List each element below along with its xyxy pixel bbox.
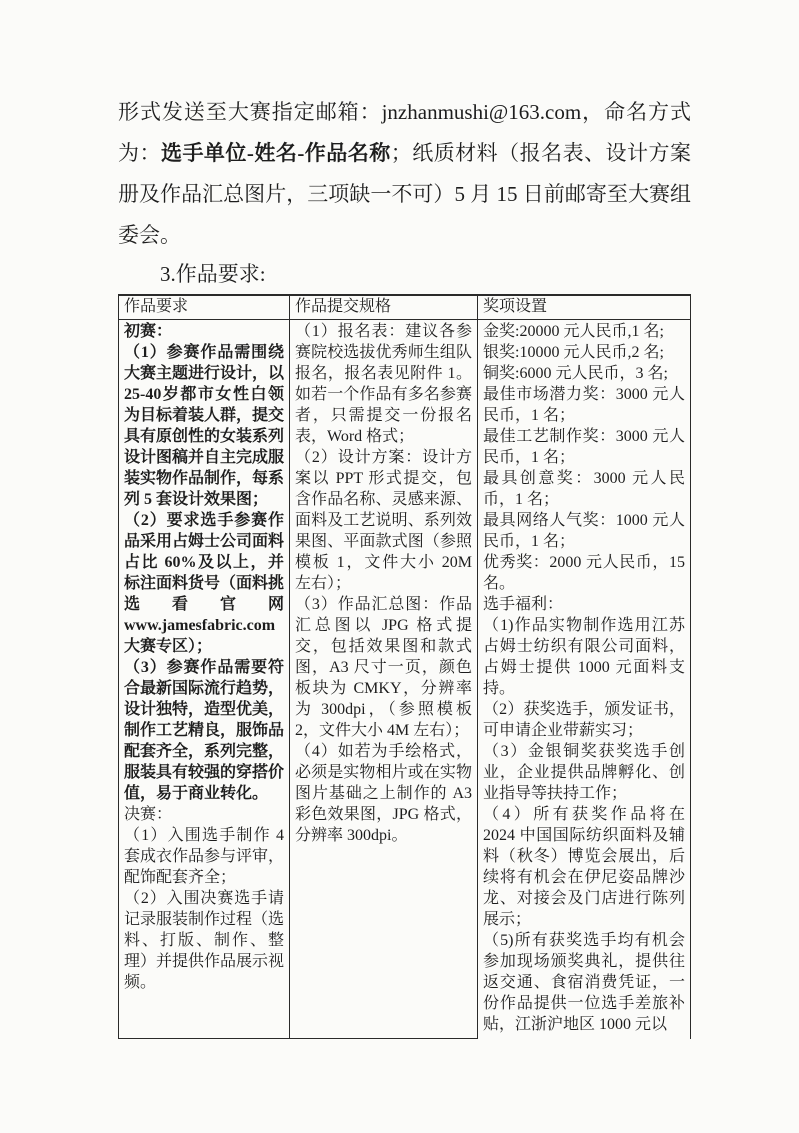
- preliminary-round-block: 初赛： （1）参赛作品需围绕大赛主题进行设计，以25-40岁都市女性白领为目标着…: [124, 321, 284, 804]
- benefit-item: （3）金银铜奖获奖选手创业，企业提供品牌孵化、创业指导等扶持工作；: [483, 741, 685, 804]
- final-heading: 决赛：: [124, 804, 284, 825]
- document-page: 形式发送至大赛指定邮箱：jnzhanmushi@163.com，命名方式为：选手…: [118, 0, 691, 1039]
- cell-awards: 金奖:20000 元人民币,1 名; 银奖:10000 元人民币,2 名; 铜奖…: [478, 320, 690, 1039]
- benefit-item: （4）所有获奖作品将在 2024 中国国际纺织面料及辅料（秋冬）博览会展出，后续…: [483, 804, 685, 930]
- prize-item: 银奖:10000 元人民币,2 名;: [483, 342, 685, 363]
- requirement-item: （3）参赛作品需要符合最新国际流行趋势，设计独特，造型优美，制作工艺精良，服饰品…: [124, 657, 284, 804]
- column-submission-specs: 作品提交规格 （1）报名表：建议各参赛院校选拔优秀师生组队报名，报名表见附件 1…: [289, 296, 477, 1039]
- column-header-awards: 奖项设置: [478, 296, 690, 320]
- prize-item: 最佳工艺制作奖：3000 元人民币，1 名；: [483, 426, 685, 468]
- spec-item: （3）作品汇总图：作品汇总图以 JPG 格式提交，包括效果图和款式图，A3 尺寸…: [295, 594, 472, 741]
- requirements-table: 作品要求 初赛： （1）参赛作品需围绕大赛主题进行设计，以25-40岁都市女性白…: [118, 294, 691, 1039]
- requirement-item: （2）要求选手参赛作品采用占姆士公司面料占比 60%及以上，并标注面料货号（面料…: [124, 510, 284, 657]
- section-heading: 3.作品要求:: [118, 256, 691, 293]
- column-header-submission-specs: 作品提交规格: [290, 296, 477, 320]
- column-header-requirements: 作品要求: [119, 296, 289, 320]
- benefit-item: （1)作品实物制作选用江苏占姆士纺织有限公司面料，占姆士提供 1000 元面料支…: [483, 615, 685, 699]
- benefit-item: （5)所有获奖选手均有机会参加现场颁奖典礼，提供往返交通、食宿消费凭证，一份作品…: [483, 930, 685, 1035]
- prize-item: 最佳市场潜力奖：3000 元人民币，1 名；: [483, 384, 685, 426]
- spec-item: （1）报名表：建议各参赛院校选拔优秀师生组队报名，报名表见附件 1。如若一个作品…: [295, 321, 472, 447]
- benefit-item: （2）获奖选手，颁发证书，可申请企业带薪实习；: [483, 699, 685, 741]
- requirement-item: （1）参赛作品需围绕大赛主题进行设计，以25-40岁都市女性白领为目标着装人群，…: [124, 342, 284, 510]
- cell-submission-specs: （1）报名表：建议各参赛院校选拔优秀师生组队报名，报名表见附件 1。如若一个作品…: [290, 320, 477, 1039]
- prize-item: 金奖:20000 元人民币,1 名;: [483, 321, 685, 342]
- spec-item: （2）设计方案：设计方案以 PPT 形式提交，包含作品名称、灵感来源、面料及工艺…: [295, 447, 472, 594]
- prize-item: 优秀奖：2000 元人民币，15 名。: [483, 552, 685, 594]
- column-awards: 奖项设置 金奖:20000 元人民币,1 名; 银奖:10000 元人民币,2 …: [477, 296, 691, 1039]
- requirement-item: （2）入围决赛选手请记录服装制作过程（选料、打版、制作、整理）并提供作品展示视频…: [124, 888, 284, 993]
- prize-item: 铜奖:6000 元人民币，3 名;: [483, 363, 685, 384]
- prize-item: 最具网络人气奖：1000 元人民币，1 名；: [483, 510, 685, 552]
- naming-format-bold-text: 选手单位-姓名-作品名称: [161, 141, 391, 165]
- prize-item: 最具创意奖：3000 元人民币，1 名；: [483, 468, 685, 510]
- final-round-block: 决赛： （1）入围选手制作 4 套成衣作品参与评审，配饰配套齐全； （2）入围决…: [124, 804, 284, 993]
- intro-paragraph: 形式发送至大赛指定邮箱：jnzhanmushi@163.com，命名方式为：选手…: [118, 92, 691, 256]
- preliminary-heading: 初赛：: [124, 321, 284, 342]
- benefits-heading: 选手福利：: [483, 594, 685, 615]
- cell-requirements: 初赛： （1）参赛作品需围绕大赛主题进行设计，以25-40岁都市女性白领为目标着…: [119, 320, 289, 1039]
- spec-item: （4）如若为手绘格式，必须是实物相片或在实物图片基础之上制作的 A3 彩色效果图…: [295, 741, 472, 846]
- requirement-item: （1）入围选手制作 4 套成衣作品参与评审，配饰配套齐全；: [124, 825, 284, 888]
- column-requirements: 作品要求 初赛： （1）参赛作品需围绕大赛主题进行设计，以25-40岁都市女性白…: [118, 296, 289, 1039]
